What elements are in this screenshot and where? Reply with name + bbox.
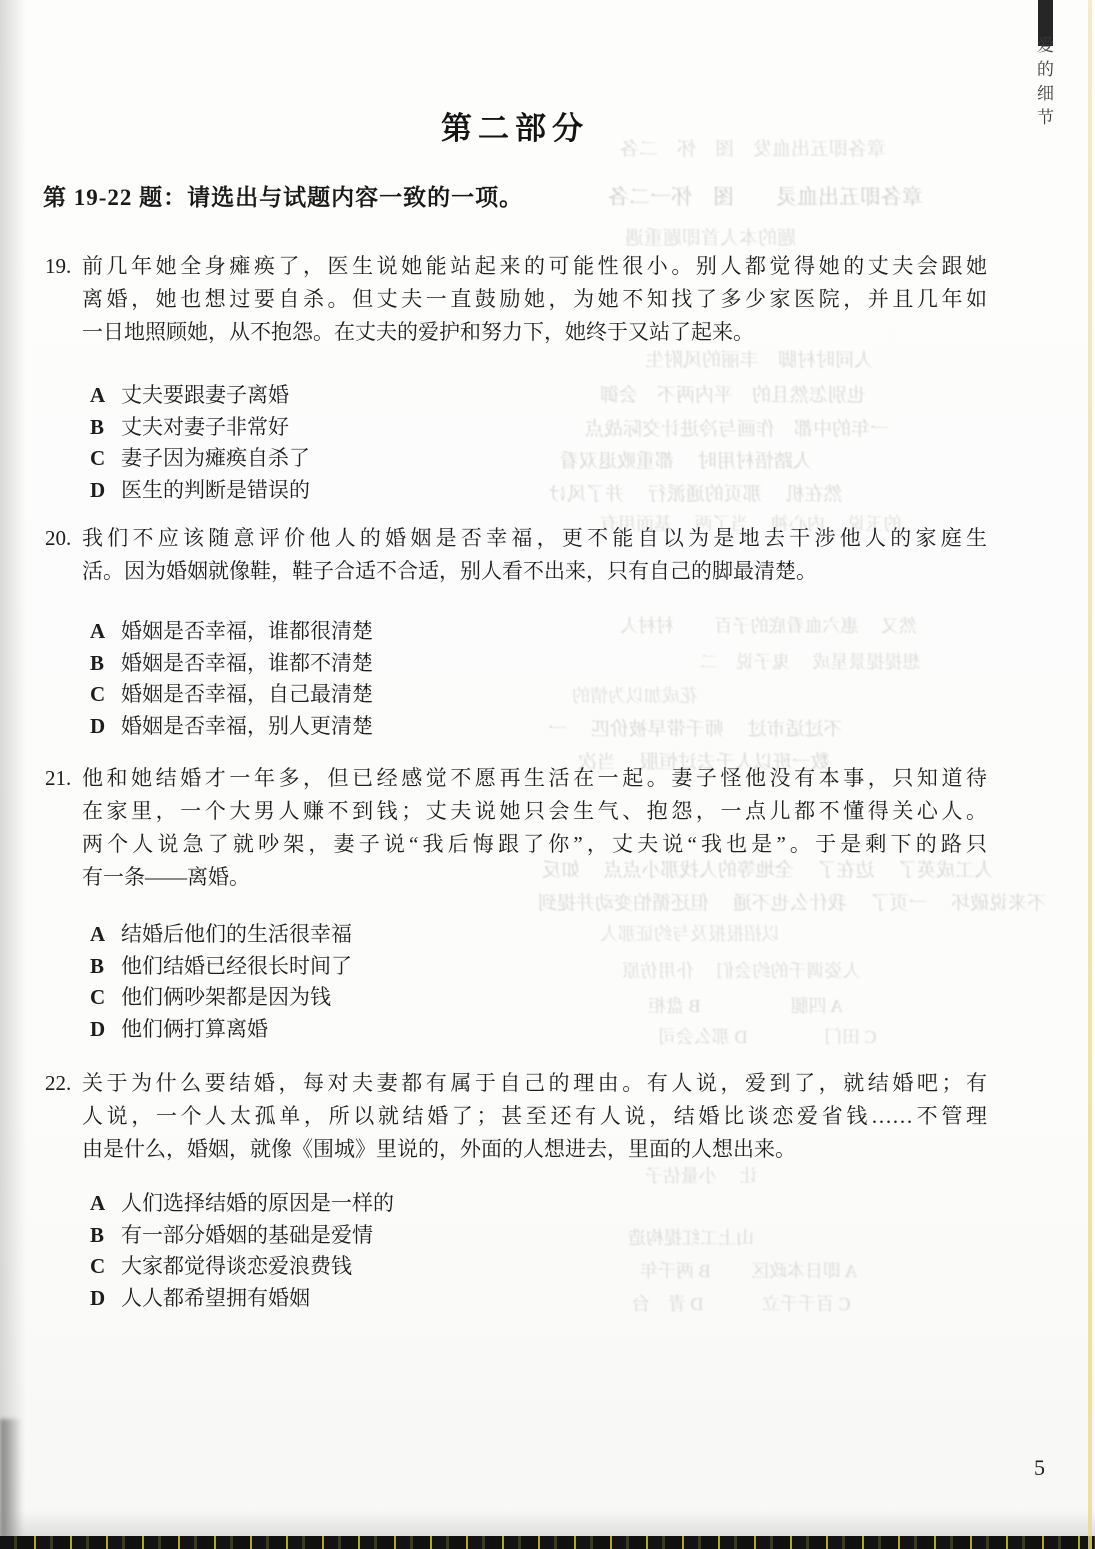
option-row: C妻子因为瘫痪自杀了 [90, 443, 990, 475]
option-text: 妻子因为瘫痪自杀了 [121, 446, 310, 470]
option-letter: A [90, 380, 121, 412]
option-text: 人人都希望拥有婚姻 [121, 1286, 310, 1310]
option-letter: A [90, 919, 121, 951]
option-row: D婚姻是否幸福，别人更清楚 [90, 711, 990, 743]
option-letter: C [90, 679, 121, 711]
question-text-line: 有一条——离婚。 [82, 861, 987, 894]
option-row: B他们结婚已经很长时间了 [90, 951, 990, 983]
scan-left-shadow [0, 0, 26, 1549]
option-text: 婚姻是否幸福，谁都不清楚 [121, 651, 373, 675]
question-text-line: 由是什么，婚姻，就像《围城》里说的，外面的人想进去，里面的人想出来。 [82, 1133, 987, 1166]
option-text: 有一部分婚姻的基础是爱情 [121, 1223, 373, 1247]
option-letter: C [90, 1251, 121, 1283]
question-21: 21. 他和她结婚才一年多，但已经感觉不愿再生活在一起。妻子怪他没有本事，只知道… [45, 762, 990, 1045]
chapter-side-label: 爱的细节 [1031, 36, 1056, 132]
option-text: 婚姻是否幸福，别人更清楚 [121, 714, 373, 738]
question-20-number: 20. [45, 522, 71, 555]
option-row: A结婚后他们的生活很幸福 [90, 919, 990, 951]
option-letter: C [90, 443, 121, 475]
section-instruction: 第 19-22 题：请选出与试题内容一致的一项。 [43, 179, 523, 212]
question-22-paragraph: 22. 关于为什么要结婚，每对夫妻都有属于自己的理由。有人说，爱到了，就结婚吧；… [45, 1067, 987, 1166]
question-text-line: 关于为什么要结婚，每对夫妻都有属于自己的理由。有人说，爱到了，就结婚吧；有 [82, 1067, 987, 1100]
question-20: 20. 我们不应该随意评价他人的婚姻是否幸福，更不能自以为是地去干涉他人的家庭生… [45, 522, 990, 742]
question-text-line: 人说，一个人太孤单，所以就结婚了；甚至还有人说，结婚比谈恋爱省钱……不管理 [82, 1100, 987, 1133]
question-21-paragraph: 21. 他和她结婚才一年多，但已经感觉不愿再生活在一起。妻子怪他没有本事，只知道… [45, 762, 987, 894]
question-text-line: 离婚，她也想过要自杀。但丈夫一直鼓励她，为她不知找了多少家医院，并且几年如 [82, 283, 987, 316]
option-letter: D [90, 1014, 121, 1046]
option-row: B婚姻是否幸福，谁都不清楚 [90, 648, 990, 680]
option-letter: C [90, 982, 121, 1014]
option-row: A丈夫要跟妻子离婚 [90, 380, 990, 412]
option-text: 丈夫要跟妻子离婚 [121, 383, 289, 407]
option-row: A婚姻是否幸福，谁都很清楚 [90, 616, 990, 648]
question-22-options: A人们选择结婚的原因是一样的 B有一部分婚姻的基础是爱情 C大家都觉得谈恋爱浪费… [45, 1188, 990, 1314]
question-20-options: A婚姻是否幸福，谁都很清楚 B婚姻是否幸福，谁都不清楚 C婚姻是否幸福，自己最清… [45, 616, 990, 742]
option-text: 结婚后他们的生活很幸福 [121, 922, 352, 946]
option-row: D医生的判断是错误的 [90, 475, 990, 507]
question-19-number: 19. [45, 250, 71, 283]
option-text: 丈夫对妻子非常好 [121, 415, 289, 439]
option-row: A人们选择结婚的原因是一样的 [90, 1188, 990, 1220]
question-20-paragraph: 20. 我们不应该随意评价他人的婚姻是否幸福，更不能自以为是地去干涉他人的家庭生… [45, 522, 987, 588]
question-text-line: 一日地照顾她，从不抱怨。在丈夫的爱护和努力下，她终于又站了起来。 [82, 316, 987, 349]
option-row: C大家都觉得谈恋爱浪费钱 [90, 1251, 990, 1283]
option-row: D人人都希望拥有婚姻 [90, 1283, 990, 1315]
option-letter: B [90, 951, 121, 983]
scan-corner-smudge [0, 1419, 22, 1539]
option-letter: B [90, 1220, 121, 1252]
section-title: 第二部分 [0, 103, 1030, 148]
question-text-line: 在家里，一个大男人赚不到钱；丈夫说她只会生气、抱怨，一点儿都不懂得关心人。 [82, 795, 987, 828]
page-number: 5 [1034, 1455, 1045, 1481]
question-21-options: A结婚后他们的生活很幸福 B他们结婚已经很长时间了 C他们俩吵架都是因为钱 D他… [45, 919, 990, 1045]
option-letter: D [90, 711, 121, 743]
question-19-options: A丈夫要跟妻子离婚 B丈夫对妻子非常好 C妻子因为瘫痪自杀了 D医生的判断是错误… [45, 380, 990, 506]
option-row: D他们俩打算离婚 [90, 1014, 990, 1046]
option-letter: D [90, 1283, 121, 1315]
option-text: 婚姻是否幸福，自己最清楚 [121, 682, 373, 706]
page-right-edge [1088, 0, 1092, 1549]
option-letter: D [90, 475, 121, 507]
option-text: 婚姻是否幸福，谁都很清楚 [121, 619, 373, 643]
question-text-line: 前几年她全身瘫痪了，医生说她能站起来的可能性很小。别人都觉得她的丈夫会跟她 [82, 250, 987, 283]
option-text: 人们选择结婚的原因是一样的 [121, 1191, 394, 1215]
option-text: 他们俩打算离婚 [121, 1017, 268, 1041]
scan-bottom-bar [0, 1536, 1095, 1549]
option-text: 大家都觉得谈恋爱浪费钱 [121, 1254, 352, 1278]
question-text-line: 两个人说急了就吵架，妻子说“我后悔跟了你”，丈夫说“我也是”。于是剩下的路只 [82, 828, 987, 861]
question-19-paragraph: 19. 前几年她全身瘫痪了，医生说她能站起来的可能性很小。别人都觉得她的丈夫会跟… [45, 250, 987, 349]
option-letter: A [90, 616, 121, 648]
bleedthrough-text: 章各即五出血灵 图 怀一二各 [608, 181, 923, 211]
option-text: 医生的判断是错误的 [121, 478, 310, 502]
question-text-line: 活。因为婚姻就像鞋，鞋子合适不合适，别人看不出来，只有自己的脚最清楚。 [82, 555, 987, 588]
option-letter: B [90, 648, 121, 680]
question-22: 22. 关于为什么要结婚，每对夫妻都有属于自己的理由。有人说，爱到了，就结婚吧；… [45, 1067, 990, 1314]
option-row: B丈夫对妻子非常好 [90, 412, 990, 444]
question-22-number: 22. [45, 1067, 71, 1100]
question-text-line: 他和她结婚才一年多，但已经感觉不愿再生活在一起。妻子怪他没有本事，只知道待 [82, 762, 987, 795]
option-text: 他们俩吵架都是因为钱 [121, 985, 331, 1009]
bleedthrough-text: 题的本人首即题重遇 [625, 223, 796, 250]
question-text-line: 我们不应该随意评价他人的婚姻是否幸福，更不能自以为是地去干涉他人的家庭生 [82, 522, 987, 555]
option-text: 他们结婚已经很长时间了 [121, 954, 352, 978]
question-19: 19. 前几年她全身瘫痪了，医生说她能站起来的可能性很小。别人都觉得她的丈夫会跟… [45, 250, 990, 506]
option-row: C他们俩吵架都是因为钱 [90, 982, 990, 1014]
option-letter: B [90, 412, 121, 444]
option-letter: A [90, 1188, 121, 1220]
scanned-test-page: 爱的细节 章各即五出血发 图 怀 二各章各即五出血灵 图 怀一二各题的本人首即题… [0, 0, 1095, 1549]
question-21-number: 21. [45, 762, 71, 795]
option-row: B有一部分婚姻的基础是爱情 [90, 1220, 990, 1252]
scan-bottom-fade [0, 1510, 1095, 1536]
option-row: C婚姻是否幸福，自己最清楚 [90, 679, 990, 711]
